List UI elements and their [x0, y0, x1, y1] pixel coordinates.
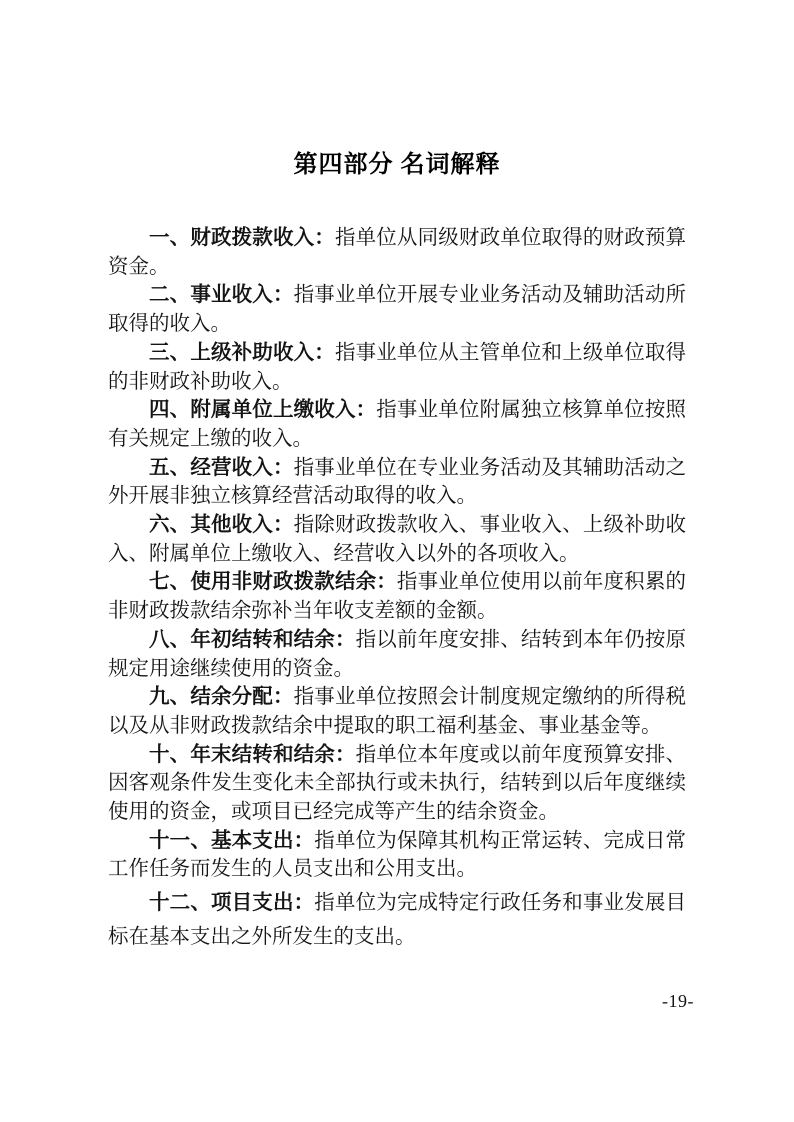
- term-label: 十二、项目支出：: [149, 892, 314, 914]
- term-label: 四、附属单位上缴收入：: [149, 399, 376, 421]
- term-paragraph: 九、结余分配：指事业单位按照会计制度规定缴纳的所得税以及从非财政拨款结余中提取的…: [108, 683, 686, 740]
- term-label: 十一、基本支出：: [149, 830, 314, 852]
- term-paragraph: 十一、基本支出：指单位为保障其机构正常运转、完成日常工作任务而发生的人员支出和公…: [108, 827, 686, 884]
- term-label: 一、财政拨款收入：: [149, 227, 335, 249]
- term-paragraph: 七、使用非财政拨款结余：指事业单位使用以前年度积累的非财政拨款结余弥补当年收支差…: [108, 568, 686, 625]
- term-label: 三、上级补助收入：: [149, 342, 335, 364]
- page-title: 第四部分 名词解释: [0, 144, 794, 179]
- term-paragraph: 四、附属单位上缴收入：指事业单位附属独立核算单位按照有关规定上缴的收入。: [108, 396, 686, 453]
- document-page: 第四部分 名词解释 一、财政拨款收入：指单位从同级财政单位取得的财政预算资金。 …: [0, 0, 794, 1122]
- term-label: 二、事业收入：: [149, 284, 294, 306]
- term-paragraph: 六、其他收入：指除财政拨款收入、事业收入、上级补助收入、附属单位上缴收入、经营收…: [108, 511, 686, 568]
- term-paragraph: 十、年末结转和结余：指单位本年度或以前年度预算安排、因客观条件发生变化未全部执行…: [108, 741, 686, 827]
- term-paragraph: 十二、项目支出：指单位为完成特定行政任务和事业发展目标在基本支出之外所发生的支出…: [108, 887, 686, 954]
- term-label: 十、年末结转和结余：: [149, 744, 356, 766]
- term-paragraph: 三、上级补助收入：指事业单位从主管单位和上级单位取得的非财政补助收入。: [108, 339, 686, 396]
- term-label: 九、结余分配：: [149, 686, 294, 708]
- term-paragraph: 五、经营收入：指事业单位在专业业务活动及其辅助活动之外开展非独立核算经营活动取得…: [108, 454, 686, 511]
- term-label: 六、其他收入：: [149, 514, 294, 536]
- page-number: -19-: [662, 991, 694, 1012]
- term-paragraph: 八、年初结转和结余：指以前年度安排、结转到本年仍按原规定用途继续使用的资金。: [108, 626, 686, 683]
- term-label: 五、经营收入：: [149, 457, 294, 479]
- term-paragraph: 二、事业收入：指事业单位开展专业业务活动及辅助活动所取得的收入。: [108, 281, 686, 338]
- term-label: 八、年初结转和结余：: [149, 629, 356, 651]
- terms-list: 一、财政拨款收入：指单位从同级财政单位取得的财政预算资金。 二、事业收入：指事业…: [108, 224, 686, 954]
- term-paragraph: 一、财政拨款收入：指单位从同级财政单位取得的财政预算资金。: [108, 224, 686, 281]
- term-label: 七、使用非财政拨款结余：: [149, 571, 397, 593]
